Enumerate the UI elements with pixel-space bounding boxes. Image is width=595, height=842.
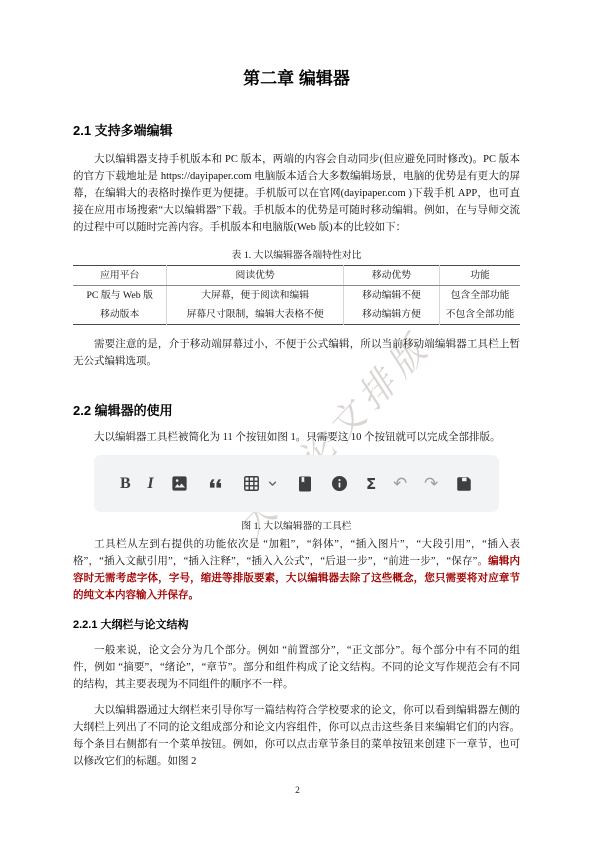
table-header-mobility: 移动优势 xyxy=(343,266,439,286)
paragraph-toolbar-functions: 工具栏从左到右提供的功能依次是 “加粗”，“斜体”，“插入图片”，“大段引用”，… xyxy=(73,536,520,604)
insert-formula-icon: Σ xyxy=(366,474,376,494)
table-caption: 表 1. 大以编辑器各端特性对比 xyxy=(73,249,520,262)
chevron-down-icon xyxy=(266,474,279,494)
paragraph-multiplatform: 大以编辑器支持手机版本和 PC 版本，两端的内容会自动同步(但应避免同时修改)。… xyxy=(73,151,520,236)
figure-caption: 图 1. 大以编辑器的工具栏 xyxy=(73,520,520,533)
table-cell: 移动编辑不便 xyxy=(343,286,439,306)
section-heading-2-2: 2.2 编辑器的使用 xyxy=(73,402,520,420)
section-heading-2-2-1: 2.2.1 大纲栏与论文结构 xyxy=(73,617,520,633)
save-icon xyxy=(455,474,473,494)
paragraph-outline-panel: 大以编辑器通过大纲栏来引导你写一篇结构符合学校要求的论文，你可以看到编辑器左侧的… xyxy=(73,702,520,770)
table-cell: 屏幕尺寸限制，编辑大表格不便 xyxy=(167,305,344,325)
section-heading-2-1: 2.1 支持多端编辑 xyxy=(73,122,520,140)
bold-icon: B xyxy=(120,474,131,494)
insert-image-icon xyxy=(170,474,189,494)
platform-comparison-table: 应用平台 阅读优势 移动优势 功能 PC 版与 Web 版 大屏幕，便于阅读和编… xyxy=(73,265,520,325)
table-header-platform: 应用平台 xyxy=(73,266,167,286)
italic-icon: I xyxy=(147,474,153,494)
table-cell: PC 版与 Web 版 xyxy=(73,286,167,306)
paragraph-toolbar-intro: 大以编辑器工具栏被简化为 11 个按钮如图 1。只需要这 10 个按钮就可以完成… xyxy=(73,429,520,446)
insert-citation-icon xyxy=(296,474,314,494)
chapter-title: 第二章 编辑器 xyxy=(73,68,520,90)
toolbar-functions-text: 工具栏从左到右提供的功能依次是 “加粗”，“斜体”，“插入图片”，“大段引用”，… xyxy=(73,539,520,567)
blockquote-icon xyxy=(206,474,225,494)
undo-icon: ↶ xyxy=(393,474,407,494)
table-header-features: 功能 xyxy=(440,266,520,286)
document-page: 大以论文排版 第二章 编辑器 2.1 支持多端编辑 大以编辑器支持手机版本和 P… xyxy=(0,0,595,842)
editor-toolbar-image: B I xyxy=(94,455,499,512)
table-row: 移动版本 屏幕尺寸限制，编辑大表格不便 移动编辑方便 不包含全部功能 xyxy=(73,305,520,325)
table-cell: 包含全部功能 xyxy=(440,286,520,306)
insert-table-icon xyxy=(242,474,261,494)
redo-icon: ↷ xyxy=(424,474,438,494)
info-icon xyxy=(330,474,349,494)
page-number: 2 xyxy=(0,786,595,796)
table-header-row: 应用平台 阅读优势 移动优势 功能 xyxy=(73,266,520,286)
table-cell: 不包含全部功能 xyxy=(440,305,520,325)
page-content: 第二章 编辑器 2.1 支持多端编辑 大以编辑器支持手机版本和 PC 版本，两端… xyxy=(73,68,520,770)
table-row: PC 版与 Web 版 大屏幕，便于阅读和编辑 移动编辑不便 包含全部功能 xyxy=(73,286,520,306)
paragraph-thesis-structure: 一般来说，论文会分为几个部分。例如 “前置部分”，“正文部分”。每个部分中有不同… xyxy=(73,642,520,693)
table-cell: 大屏幕，便于阅读和编辑 xyxy=(167,286,344,306)
table-cell: 移动版本 xyxy=(73,305,167,325)
table-cell: 移动编辑方便 xyxy=(343,305,439,325)
toolbar-figure: B I xyxy=(73,455,520,533)
insert-table-group xyxy=(242,474,279,494)
paragraph-mobile-note: 需要注意的是，介于移动端屏幕过小，不便于公式编辑，所以当前移动端编辑器工具栏上暂… xyxy=(73,336,520,370)
table-header-reading: 阅读优势 xyxy=(167,266,344,286)
